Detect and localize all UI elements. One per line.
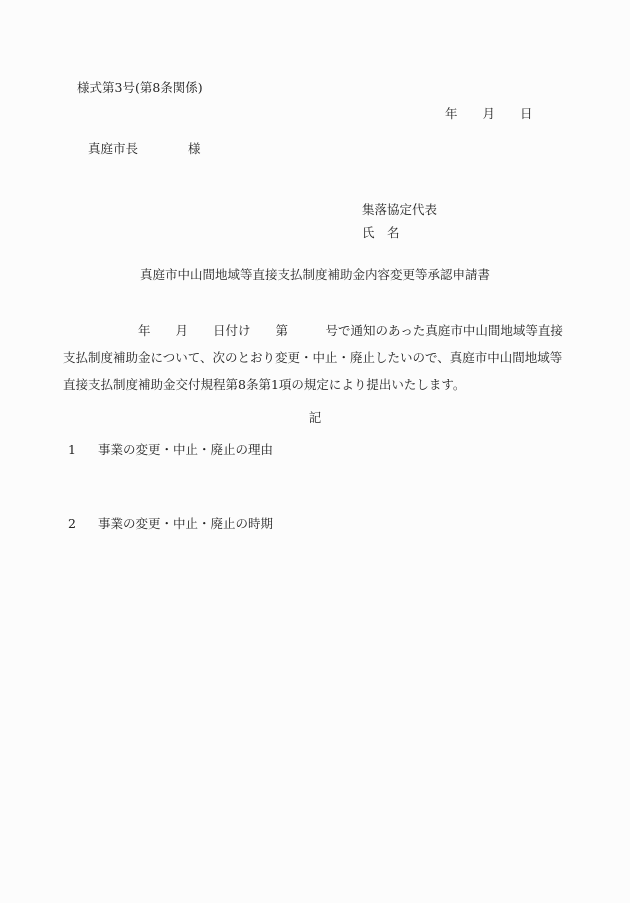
document-title: 真庭市中山間地域等直接支払制度補助金内容変更等承認申請書 [0, 267, 630, 282]
representative-name-label: 氏 名 [362, 221, 400, 244]
document-page: 様式第3号(第8条関係) 年 月 日 真庭市長 様 集落協定代表 氏 名 真庭市… [0, 0, 630, 903]
representative-role-label: 集落協定代表 [362, 198, 437, 221]
addressee-line: 真庭市長 様 [88, 141, 201, 156]
item-2-number: 2 [68, 516, 76, 531]
record-marker: 記 [0, 410, 630, 425]
item-2-label: 事業の変更・中止・廃止の時期 [98, 516, 273, 531]
item-1-label: 事業の変更・中止・廃止の理由 [98, 442, 273, 457]
date-line: 年 月 日 [445, 106, 533, 121]
body-paragraph: 年 月 日付け 第 号で通知のあった真庭市中山間地域等直接 支払制度補助金につい… [63, 317, 583, 398]
form-number-note: 様式第3号(第8条関係) [77, 80, 203, 95]
item-1-number: 1 [68, 442, 76, 457]
